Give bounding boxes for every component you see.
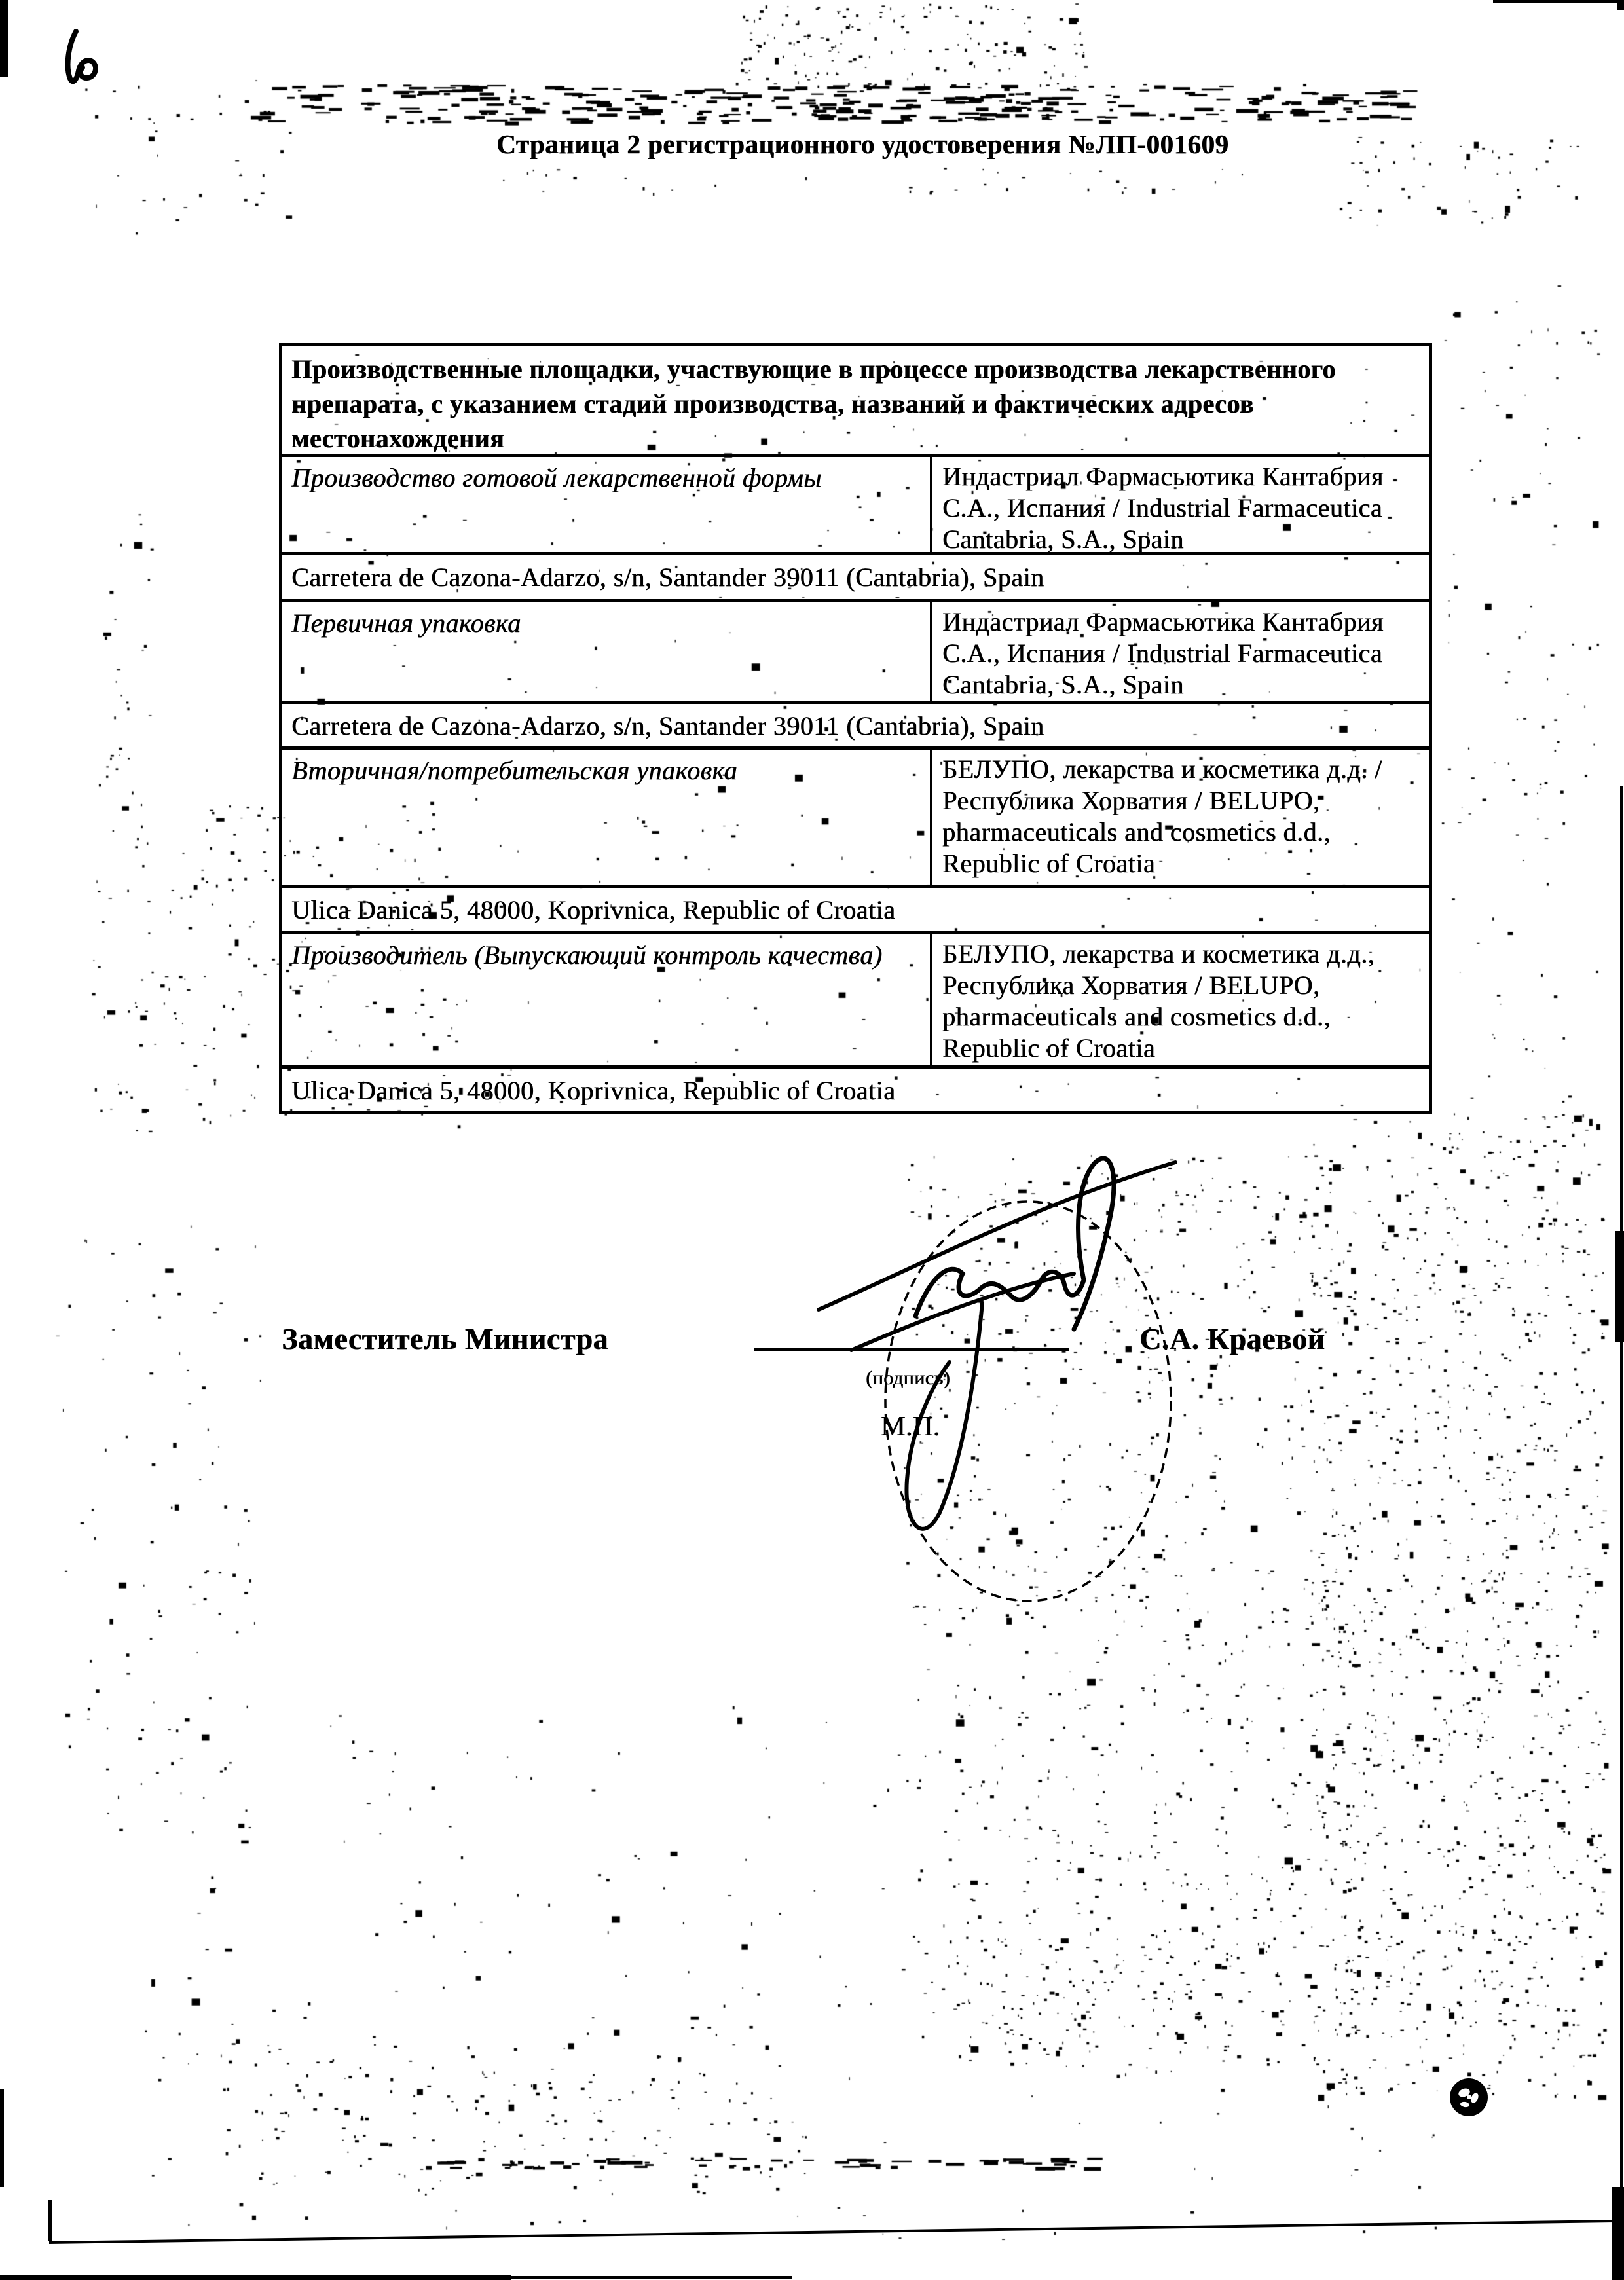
stage-label: Вторичная/потребительская упаковка — [282, 750, 930, 885]
manufacturer-value: Индастриал Фармасьютика Кантабрия С.А., … — [930, 457, 1429, 552]
table-header-cell: Производственные площадки, участвующие в… — [282, 346, 1429, 457]
signatory-role: Заместитель Министра — [282, 1321, 608, 1356]
table-row: Производитель (Выпускающий контроль каче… — [282, 934, 1429, 1069]
handwritten-page-number — [58, 26, 103, 85]
page-title: Страница 2 регистрационного удостоверени… — [496, 128, 1413, 160]
stage-label: Первичная упаковка — [282, 602, 930, 701]
address-row: Carretera de Cazona-Adarzo, s/n, Santand… — [282, 555, 1429, 602]
manufacturer-value: БЕЛУПО, лекарства и косметика д.д., Респ… — [930, 934, 1429, 1065]
manufacturer-value: БЕЛУПО, лекарства и косметика д.д. / Рес… — [930, 750, 1429, 885]
handwritten-signature — [786, 1113, 1375, 1611]
address-row: Carretera de Cazona-Adarzo, s/n, Santand… — [282, 704, 1429, 750]
circular-stamp-mark — [1447, 2076, 1490, 2119]
table-row: Производство готовой лекарственной формы… — [282, 457, 1429, 555]
table-row: Первичная упаковка Индастриал Фармасьюти… — [282, 602, 1429, 704]
scanned-document-page: Страница 2 регистрационного удостоверени… — [0, 0, 1624, 2280]
address-row: Ulica Danica 5, 48000, Koprivnica, Repub… — [282, 1069, 1429, 1111]
manufacturing-sites-table: Производственные площадки, участвующие в… — [279, 343, 1432, 1114]
stage-label: Производство готовой лекарственной формы — [282, 457, 930, 552]
table-row: Вторичная/потребительская упаковка БЕЛУП… — [282, 750, 1429, 888]
manufacturer-value: Индастриал Фармасьютика Кантабрия С.А., … — [930, 602, 1429, 701]
stage-label: Производитель (Выпускающий контроль каче… — [282, 934, 930, 1065]
address-row: Ulica Danica 5, 48000, Koprivnica, Repub… — [282, 888, 1429, 934]
